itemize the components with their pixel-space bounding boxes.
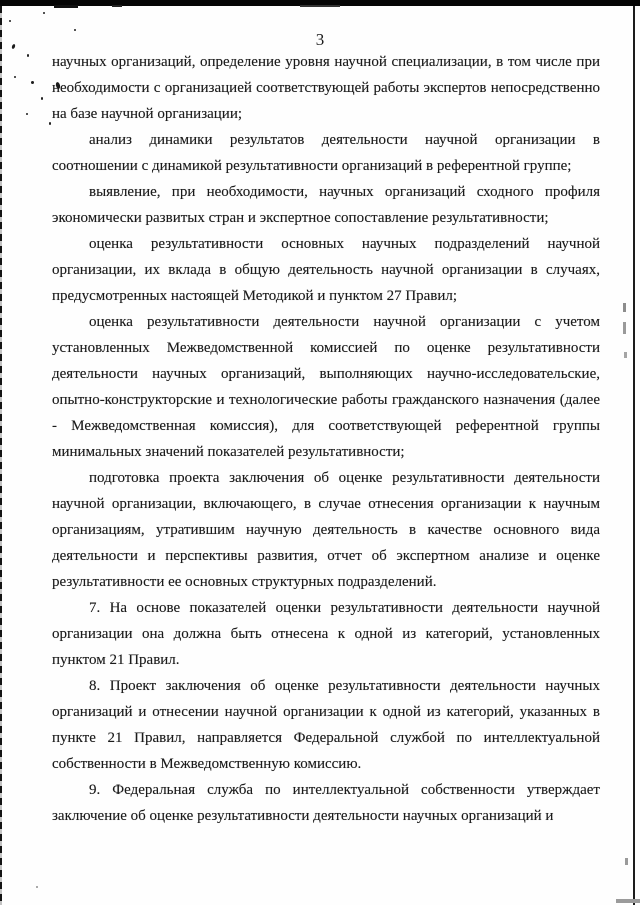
document-page: 3 научных организаций, определение уровн…	[0, 0, 640, 905]
scan-speck	[43, 12, 45, 14]
scan-artifact-left-edge	[0, 6, 2, 905]
paragraph: анализ динамики результатов деятельности…	[52, 127, 600, 179]
scan-artifact-top-bar	[54, 5, 78, 8]
scan-artifact-top-bar	[112, 5, 122, 7]
scan-speck	[36, 886, 38, 888]
paragraph: 9. Федеральная служба по интеллектуально…	[52, 777, 600, 829]
scan-artifact-dash	[623, 322, 626, 334]
scan-speck	[9, 20, 11, 22]
scan-artifact-right-line	[633, 6, 635, 905]
paragraph: подготовка проекта заключения об оценке …	[52, 465, 600, 595]
paragraph: оценка результативности основных научных…	[52, 231, 600, 309]
paragraph: 8. Проект заключения об оценке результат…	[52, 673, 600, 777]
scan-speck	[27, 54, 29, 57]
paragraph: оценка результативности деятельности нау…	[52, 309, 600, 465]
scan-speck	[26, 113, 28, 115]
scan-artifact-dash	[625, 858, 628, 865]
scan-speck	[31, 81, 34, 84]
scan-speck	[49, 122, 51, 125]
scan-artifact-bottom-mark	[616, 899, 640, 903]
scan-artifact-dash	[624, 352, 627, 358]
page-number: 3	[0, 30, 640, 50]
scan-speck	[41, 97, 43, 100]
paragraph: научных организаций, определение уровня …	[52, 49, 600, 127]
document-body: научных организаций, определение уровня …	[52, 49, 600, 829]
paragraph: выявление, при необходимости, научных ор…	[52, 179, 600, 231]
paragraph: 7. На основе показателей оценки результа…	[52, 595, 600, 673]
scan-speck	[14, 76, 16, 78]
scan-artifact-top-bar	[300, 5, 340, 7]
scan-artifact-dash	[623, 303, 626, 312]
